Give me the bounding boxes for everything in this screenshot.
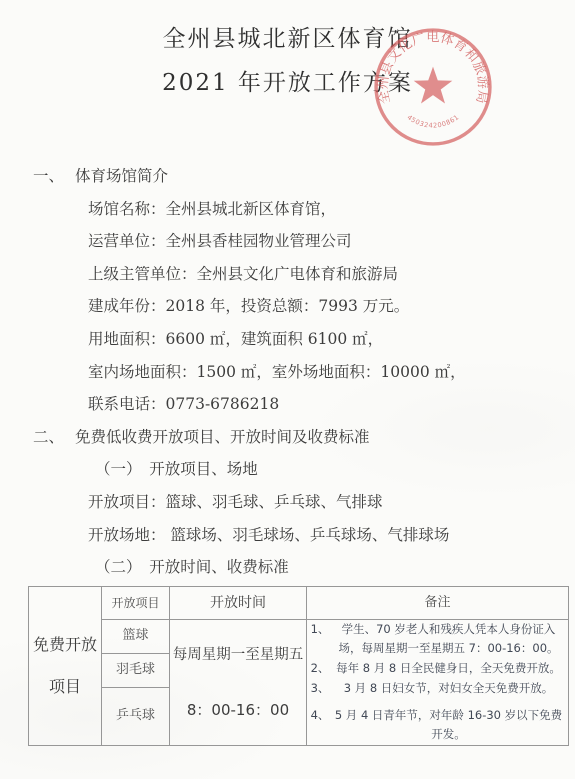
table-row-basketball: 篮球 — [102, 620, 170, 654]
field-line-indoor-area: 室内场地面积：1500 ㎡，室外场地面积：10000 ㎡， — [0, 356, 575, 389]
field-line-built-year: 建成年份：2018 年，投资总额：7993 万元。 — [0, 290, 575, 323]
remark-item-1: 1、 学生、70 岁老人和残疾人凭本人身份证入场，每周星期一至星期五 7：00-… — [307, 620, 568, 658]
table-row-badminton: 羽毛球 — [102, 654, 170, 688]
open-time-days: 每周星期一至星期五 — [170, 639, 306, 672]
remark-4-number: 4、 — [307, 706, 331, 725]
remark-1-text: 学生、70 岁老人和残疾人凭本人身份证入场，每周星期一至星期五 7：00-16：… — [331, 620, 568, 658]
table-header-remarks: 备注 — [307, 586, 569, 620]
table-header-open-time: 开放时间 — [170, 586, 307, 620]
section1-number: 一、 — [33, 160, 75, 193]
field-line-supervisor: 上级主管单位：全州县文化广电体育和旅游局 — [0, 258, 575, 291]
section1-heading: 一、体育场馆简介 — [0, 160, 575, 193]
remark-item-2: 2、 每年 8 月 8 日全民健身日，全天免费开放。 — [307, 659, 568, 678]
remark-item-3: 3、 3 月 8 日妇女节，对妇女全天免费开放。 — [307, 679, 568, 698]
open-items-line: 开放项目：篮球、羽毛球、乒乓球、气排球 — [0, 486, 575, 519]
table-row-group-label: 免费开放项目 — [29, 586, 102, 746]
doc-title-line1: 全州县城北新区体育馆 — [0, 20, 575, 53]
table-row-tabletennis: 乒乓球 — [102, 688, 170, 746]
field-line-operator: 运营单位：全州县香桂园物业管理公司 — [0, 225, 575, 258]
field-line-venue-name: 场馆名称：全州县城北新区体育馆， — [0, 193, 575, 226]
section1-title: 体育场馆简介 — [75, 167, 168, 185]
table-header-open-item: 开放项目 — [102, 586, 170, 620]
open-venues-line: 开放场地： 篮球场、羽毛球场、乒乓球场、气排球场 — [0, 519, 575, 552]
subsection-1-heading: （一） 开放项目、场地 — [0, 453, 575, 486]
remark-item-4: 4、 5 月 4 日青年节，对年龄 16-30 岁以下免费开发。 — [307, 706, 568, 744]
remarks-cell: 1、 学生、70 岁老人和残疾人凭本人身份证入场，每周星期一至星期五 7：00-… — [307, 620, 569, 746]
remark-2-text: 每年 8 月 8 日全民健身日，全天免费开放。 — [331, 659, 568, 678]
document-body: 一、体育场馆简介 场馆名称：全州县城北新区体育馆， 运营单位：全州县香桂园物业管… — [0, 160, 575, 746]
section2-title: 免费低收费开放项目、开放时间及收费标准 — [75, 428, 370, 446]
field-line-land-area: 用地面积：6600 ㎡，建筑面积 6100 ㎡， — [0, 323, 575, 356]
doc-title-line2: 2021 年开放工作方案 — [0, 64, 575, 97]
document-page: 全州县城北新区体育馆 2021 年开放工作方案 全州县文化广电体育和旅游局 45… — [0, 0, 575, 779]
remark-2-number: 2、 — [307, 659, 331, 678]
open-time-hours: 8：00-16：00 — [170, 694, 306, 727]
field-line-phone: 联系电话：0773-6786218 — [0, 388, 575, 421]
remark-3-text: 3 月 8 日妇女节，对妇女全天免费开放。 — [331, 679, 568, 698]
section2-number: 二、 — [33, 421, 75, 454]
open-time-cell: 每周星期一至星期五 8：00-16：00 — [170, 620, 307, 746]
remark-3-number: 3、 — [307, 679, 331, 698]
remark-1-number: 1、 — [307, 620, 331, 639]
remark-4-text: 5 月 4 日青年节，对年龄 16-30 岁以下免费开发。 — [331, 706, 568, 744]
subsection-2-heading: （二） 开放时间、收费标准 — [0, 551, 575, 584]
section2-heading: 二、免费低收费开放项目、开放时间及收费标准 — [0, 421, 575, 454]
opening-schedule-table: 免费开放项目 开放项目 开放时间 备注 篮球 每周星期一至星期五 8：00-16… — [28, 586, 569, 747]
